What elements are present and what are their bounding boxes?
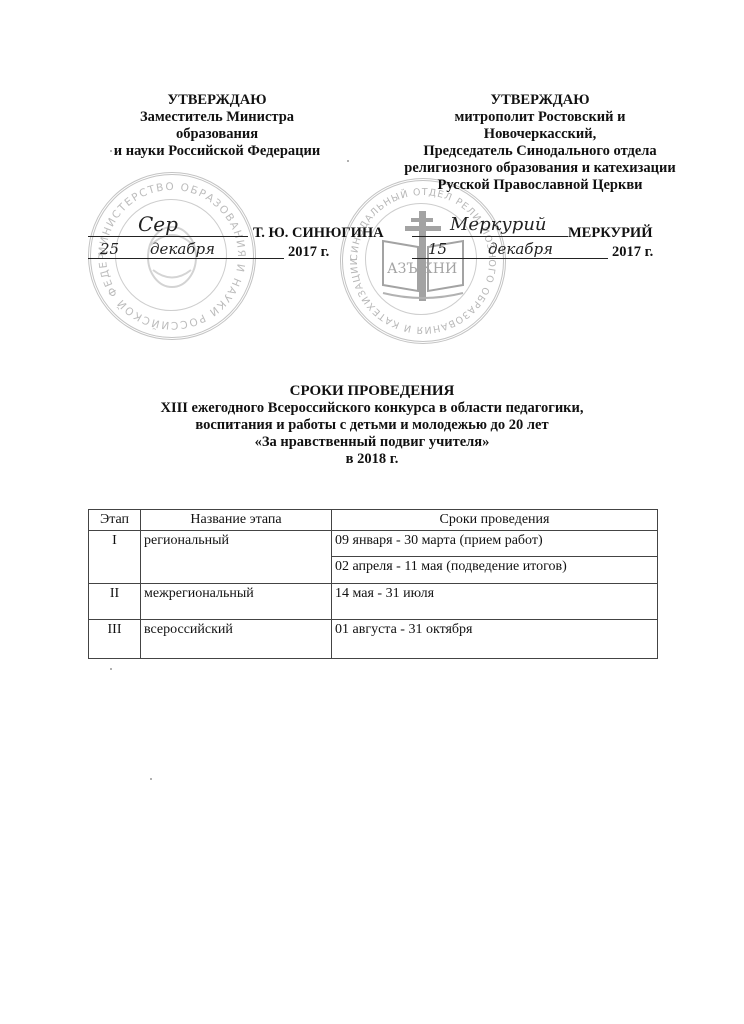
cross-and-book-emblem-icon: СИНОДАЛЬНЫЙ ОТДЕЛ РЕЛИГИОЗНОГО ОБРАЗОВАН… [343, 181, 503, 341]
title-subline: XIII ежегодного Всероссийского конкурса … [100, 400, 644, 417]
date-month-right: декабря [488, 240, 553, 258]
signature-left: Сер [138, 212, 178, 236]
header-dates: Сроки проведения [332, 510, 658, 531]
scan-speck [150, 778, 152, 780]
stage-name: региональный [141, 531, 332, 584]
approver-position-line: Председатель Синодального отдела [380, 143, 700, 160]
table-row: I региональный 09 января - 30 марта (при… [89, 531, 658, 557]
date-year-left: 2017 г. [288, 244, 329, 261]
signature-line-left [88, 236, 248, 237]
stage-name: всероссийский [141, 620, 332, 659]
stage-name: межрегиональный [141, 584, 332, 620]
synodal-department-seal-stamp: СИНОДАЛЬНЫЙ ОТДЕЛ РЕЛИГИОЗНОГО ОБРАЗОВАН… [340, 178, 506, 344]
signature-right: Меркурий [450, 214, 547, 235]
date-year-right: 2017 г. [612, 244, 653, 261]
stage-period: 01 августа - 31 октября [332, 620, 658, 659]
date-line-left [88, 258, 284, 259]
table-row: III всероссийский 01 августа - 31 октябр… [89, 620, 658, 659]
approver-position-line: и науки Российской Федерации [82, 143, 352, 160]
table-row: II межрегиональный 14 мая - 31 июля [89, 584, 658, 620]
approver-position-line: образования [82, 126, 352, 143]
header-stage: Этап [89, 510, 141, 531]
stage-period: 09 января - 30 марта (прием работ) [332, 531, 658, 557]
date-day-left: 25 [100, 240, 119, 258]
title-year: в 2018 г. [100, 451, 644, 468]
approver-position-line: Русской Православной Церкви [380, 177, 700, 194]
date-line-right [412, 258, 608, 259]
schedule-table: Этап Название этапа Сроки проведения I р… [88, 509, 658, 659]
approver-position-line: религиозного образования и катехизации [380, 160, 700, 177]
signatory-name-right: МЕРКУРИЙ [568, 225, 653, 242]
approval-block-synodal: УТВЕРЖДАЮ митрополит Ростовский и Новоче… [380, 92, 700, 194]
approver-position-line: Заместитель Министра [82, 109, 352, 126]
stage-number: II [89, 584, 141, 620]
scan-speck [110, 668, 112, 670]
title-subline: воспитания и работы с детьми и молодежью… [100, 417, 644, 434]
approver-position-line: Новочеркасский, [380, 126, 700, 143]
document-title: СРОКИ ПРОВЕДЕНИЯ XIII ежегодного Всеросс… [100, 383, 644, 468]
approver-position-line: митрополит Ростовский и [380, 109, 700, 126]
scan-speck [347, 160, 349, 162]
stage-number: III [89, 620, 141, 659]
stage-period: 02 апреля - 11 мая (подведение итогов) [332, 557, 658, 584]
approval-block-ministry: УТВЕРЖДАЮ Заместитель Министра образован… [82, 92, 352, 160]
title-subline: «За нравственный подвиг учителя» [100, 434, 644, 451]
approval-heading: УТВЕРЖДАЮ [380, 92, 700, 109]
title-heading: СРОКИ ПРОВЕДЕНИЯ [100, 383, 644, 400]
date-day-right: 15 [428, 240, 447, 258]
stage-number: I [89, 531, 141, 584]
approval-heading: УТВЕРЖДАЮ [82, 92, 352, 109]
header-stage-name: Название этапа [141, 510, 332, 531]
date-month-left: декабря [150, 240, 215, 258]
signature-line-right [412, 236, 568, 237]
svg-text:АЗЪ КНИ: АЗЪ КНИ [387, 261, 457, 277]
stage-period: 14 мая - 31 июля [332, 584, 658, 620]
signatory-name-left: Т. Ю. СИНЮГИНА [253, 225, 384, 242]
table-header-row: Этап Название этапа Сроки проведения [89, 510, 658, 531]
